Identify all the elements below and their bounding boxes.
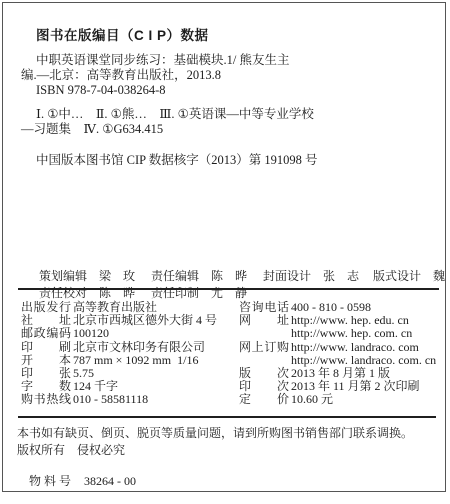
pub-value: 高等教育出版社: [73, 300, 157, 314]
cip-header: 图书在版编目（C I P）数据: [36, 24, 209, 44]
pub-label: 开本: [21, 354, 71, 367]
pub-value: 北京市文林印务有限公司: [73, 340, 205, 354]
cip-record-line2: 编.—北京：高等教育出版社，2013.8: [21, 68, 421, 83]
pub-value: 787 mm × 1092 mm 1/16: [73, 353, 198, 367]
cip-class-line2: —习题集 Ⅳ. ①G634.415: [21, 122, 421, 137]
publishing-left-column: 出版发行高等教育出版社 社址北京市西城区德外大街 4 号 邮政编码100120 …: [21, 301, 236, 407]
pub-value: 400 - 810 - 0598: [291, 300, 371, 314]
copyright-notice: 版权所有 侵权必究: [17, 441, 125, 458]
cip-record-line1: 中职英语课堂同步练习：基础模块.1/ 熊友生主: [21, 53, 421, 68]
pub-row: 网上订购http://www. landraco. com: [239, 341, 449, 354]
pub-label: 购书热线: [21, 393, 71, 406]
pub-value: 10.60 元: [291, 392, 333, 406]
pub-row: 开本787 mm × 1092 mm 1/16: [21, 354, 236, 367]
material-number-label: 物 料 号: [29, 472, 71, 489]
staff-role: 责任校对: [39, 284, 87, 301]
pub-value: 5.75: [73, 366, 94, 380]
pub-row: http://www. landraco. com. cn: [239, 354, 449, 367]
pub-label: 邮政编码: [21, 327, 71, 340]
pub-value: 2013 年 8 月第 1 版: [291, 366, 390, 380]
pub-value: 100120: [73, 326, 109, 340]
pub-label: 印刷: [21, 341, 71, 354]
material-number-value: 38264 - 00: [84, 474, 136, 488]
divider-top: [18, 288, 439, 290]
publishing-right-column: 咨询电话400 - 810 - 0598 网址http://www. hep. …: [239, 301, 449, 407]
pub-label: 网上订购: [239, 341, 289, 354]
divider-bottom: [18, 416, 436, 418]
pub-value: http://www. hep. edu. cn: [291, 313, 409, 327]
staff-row-2: 责任校对陈 晔 责任印制尤 静: [3, 269, 450, 283]
pub-row: http://www. hep. com. cn: [239, 327, 449, 340]
cip-registration-line: 中国版本图书馆 CIP 数据核字（2013）第 191098 号: [36, 150, 318, 168]
book-copyright-page: 图书在版编目（C I P）数据 中职英语课堂同步练习：基础模块.1/ 熊友生主 …: [2, 2, 446, 492]
pub-row: 定价10.60 元: [239, 393, 449, 406]
pub-value: 010 - 58581118: [73, 392, 148, 406]
cip-classification-block: Ⅰ. ①中… Ⅱ. ①熊… Ⅲ. ①英语课—中等专业学校 —习题集 Ⅳ. ①G6…: [21, 107, 421, 136]
quality-notice: 本书如有缺页、倒页、脱页等质量问题，请到所购图书销售部门联系调换。: [17, 424, 413, 441]
pub-label: 定价: [239, 393, 289, 406]
material-number-line: 物 料 号38264 - 00: [17, 457, 136, 504]
cip-class-line1: Ⅰ. ①中… Ⅱ. ①熊… Ⅲ. ①英语课—中等专业学校: [21, 107, 421, 122]
staff-row-1: 策划编辑梁 玫 责任编辑陈 晔 封面设计张 志 版式设计魏 亮: [3, 252, 450, 266]
pub-label: 网址: [239, 314, 289, 327]
pub-value: http://www. landraco. com: [291, 340, 419, 354]
isbn-line: ISBN 978-7-04-038264-8: [21, 83, 421, 98]
pub-row: 邮政编码100120: [21, 327, 236, 340]
cip-record-block: 中职英语课堂同步练习：基础模块.1/ 熊友生主 编.—北京：高等教育出版社，20…: [21, 53, 421, 97]
pub-value: http://www. landraco. com. cn: [291, 353, 436, 367]
pub-row: 印刷北京市文林印务有限公司: [21, 341, 236, 354]
pub-value: http://www. hep. com. cn: [291, 326, 412, 340]
pub-row: 购书热线010 - 58581118: [21, 393, 236, 406]
pub-value: 2013 年 11 月第 2 次印刷: [291, 379, 420, 393]
staff-role: 责任印制: [151, 284, 199, 301]
